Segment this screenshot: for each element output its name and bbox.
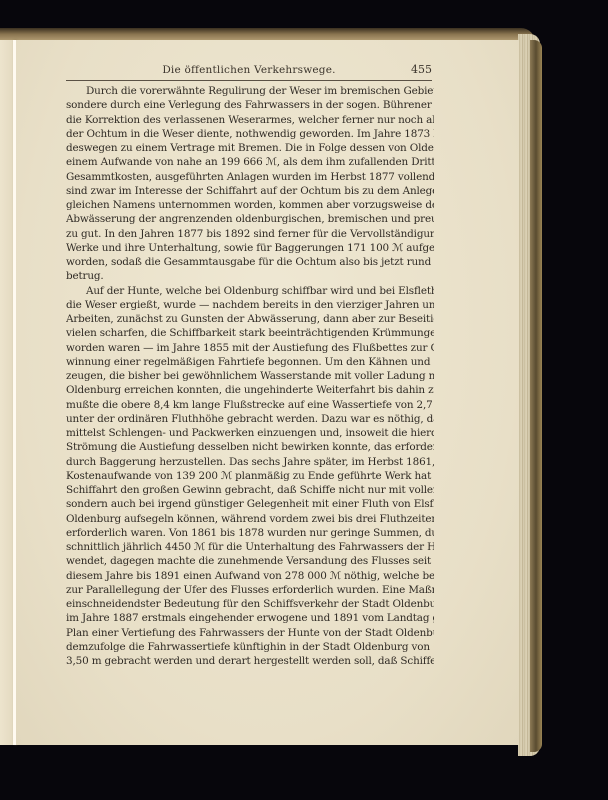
book-spine-edge <box>530 40 542 752</box>
text-line: einem Aufwande von nahe an 199 666 ℳ, al… <box>66 155 434 169</box>
text-line: Arbeiten, zunächst zu Gunsten der Abwäss… <box>66 312 434 326</box>
text-line: betrug. <box>66 269 434 283</box>
running-head: Die öffentlichen Verkehrswege. <box>66 64 432 76</box>
text-line: diesem Jahre bis 1891 einen Aufwand von … <box>66 569 434 583</box>
body-text: Durch die vorerwähnte Regulirung der Wes… <box>66 84 434 668</box>
text-line: Durch die vorerwähnte Regulirung der Wes… <box>66 84 434 98</box>
text-line: der Ochtum in die Weser diente, nothwend… <box>66 127 434 141</box>
text-line: wendet, dagegen machte die zunehmende Ve… <box>66 554 434 568</box>
text-line: Werke und ihre Unterhaltung, sowie für B… <box>66 241 434 255</box>
text-line: winnung einer regelmäßigen Fahrtiefe beg… <box>66 355 434 369</box>
text-line: mittelst Schlengen- und Packwerken einzu… <box>66 426 434 440</box>
text-line: Schiffahrt den großen Gewinn gebracht, d… <box>66 483 434 497</box>
text-line: unter der ordinären Fluthhöhe gebracht w… <box>66 412 434 426</box>
text-line: zeugen, die bisher bei gewöhnlichem Wass… <box>66 369 434 383</box>
text-line: worden, sodaß die Gesammtausgabe für die… <box>66 255 434 269</box>
text-line: sondern auch bei irgend günstiger Gelege… <box>66 497 434 511</box>
text-line: deswegen zu einem Vertrage mit Bremen. D… <box>66 141 434 155</box>
text-line: 3,50 m gebracht werden und derart herges… <box>66 654 434 668</box>
text-line: zur Parallellegung der Ufer des Flusses … <box>66 583 434 597</box>
text-line: Oldenburg aufsegeln können, während vord… <box>66 512 434 526</box>
text-line: Plan einer Vertiefung des Fahrwassers de… <box>66 626 434 640</box>
text-line: Gesammtkosten, ausgeführten Anlagen wurd… <box>66 170 434 184</box>
text-line: schnittlich jährlich 4450 ℳ für die Unte… <box>66 540 434 554</box>
page-number: 455 <box>411 63 432 76</box>
text-line: worden waren — im Jahre 1855 mit der Aus… <box>66 341 434 355</box>
paragraph-2: Auf der Hunte, welche bei Oldenburg schi… <box>66 284 434 669</box>
text-line: Auf der Hunte, welche bei Oldenburg schi… <box>66 284 434 298</box>
text-line: gleichen Namens unternommen worden, komm… <box>66 198 434 212</box>
text-line: im Jahre 1887 erstmals eingehender erwog… <box>66 611 434 625</box>
text-line: sind zwar im Interesse der Schiffahrt au… <box>66 184 434 198</box>
text-line: Kostenaufwande von 139 200 ℳ planmäßig z… <box>66 469 434 483</box>
text-line: Oldenburg erreichen konnten, die ungehin… <box>66 383 434 397</box>
paragraph-1: Durch die vorerwähnte Regulirung der Wes… <box>66 84 434 284</box>
text-line: mußte die obere 8,4 km lange Flußstrecke… <box>66 398 434 412</box>
page-header: Die öffentlichen Verkehrswege. 455 <box>66 62 432 81</box>
text-line: einschneidendster Bedeutung für den Schi… <box>66 597 434 611</box>
text-line: zu gut. In den Jahren 1877 bis 1892 sind… <box>66 227 434 241</box>
text-line: Abwässerung der angrenzenden oldenburgis… <box>66 212 434 226</box>
text-line: sondere durch eine Verlegung des Fahrwas… <box>66 98 434 112</box>
text-line: die Weser ergießt, wurde — nachdem berei… <box>66 298 434 312</box>
text-line: vielen scharfen, die Schiffbarkeit stark… <box>66 326 434 340</box>
text-line: erforderlich waren. Von 1861 bis 1878 wu… <box>66 526 434 540</box>
text-line: demzufolge die Fahrwassertiefe künftighi… <box>66 640 434 654</box>
text-line: durch Baggerung herzustellen. Das sechs … <box>66 455 434 469</box>
text-line: Strömung die Austiefung desselben nicht … <box>66 440 434 454</box>
text-line: die Korrektion des verlassenen Weserarme… <box>66 113 434 127</box>
